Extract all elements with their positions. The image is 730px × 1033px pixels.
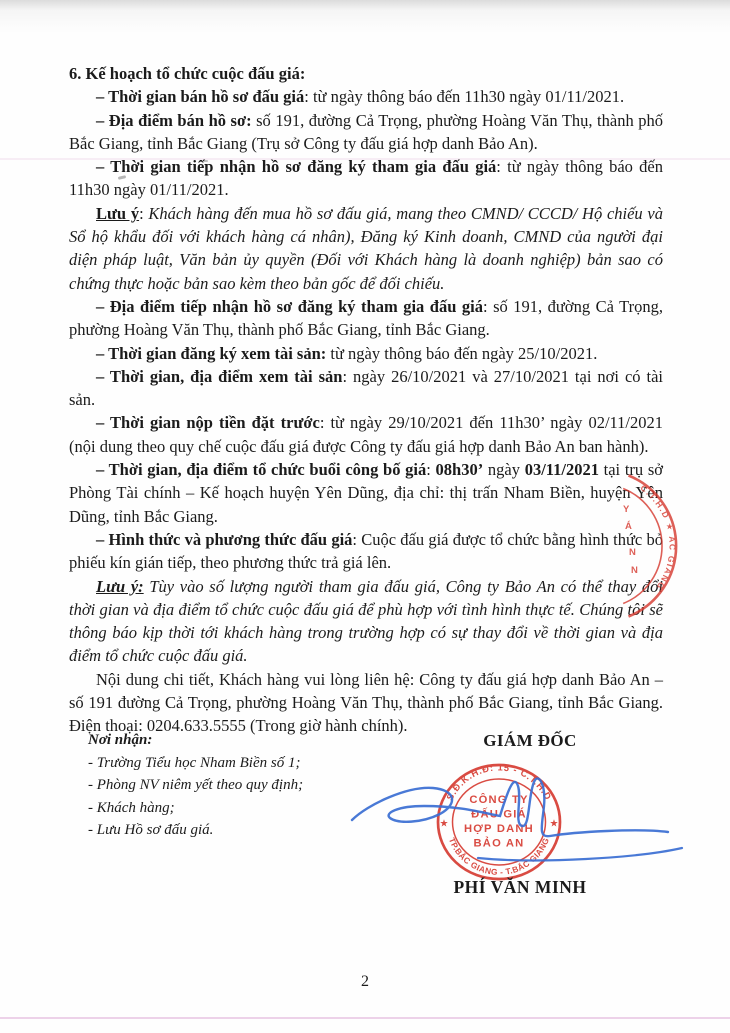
recipient-item: - Lưu Hồ sơ đấu giá. <box>88 819 303 842</box>
signer-name: PHÍ VĂN MINH <box>418 877 622 898</box>
scan-artifact-line <box>0 1017 730 1019</box>
para-text: : từ ngày thông báo đến 11h30 ngày 01/11… <box>304 87 624 106</box>
paragraph-sale-time: – Thời gian bán hồ sơ đấu giá: từ ngày t… <box>69 85 663 108</box>
section-heading: 6. Kế hoạch tổ chức cuộc đấu giá: <box>69 62 663 85</box>
document-page: 6. Kế hoạch tổ chức cuộc đấu giá: – Thời… <box>0 0 730 1033</box>
para-label: – Thời gian, địa điểm tổ chức buổi công … <box>96 460 426 479</box>
note-label: Lưu ý: <box>96 577 144 596</box>
para-label: – Thời gian tiếp nhận hồ sơ đăng ký tham… <box>96 157 496 176</box>
edge-stamp: C.T.H.D ★ ẮC GIANG Y Á N N <box>598 458 708 628</box>
signature <box>338 760 698 875</box>
recipients-title: Nơi nhận: <box>88 729 303 752</box>
paragraph-view-time: – Thời gian, địa điểm xem tài sản: ngày … <box>69 365 663 412</box>
recipient-item: - Phòng NV niêm yết theo quy định; <box>88 774 303 797</box>
para-text: : <box>426 460 435 479</box>
paragraph-view-register: – Thời gian đăng ký xem tài sản: từ ngày… <box>69 342 663 365</box>
note-label: Lưu ý <box>96 204 139 223</box>
para-label: – Địa điểm bán hồ sơ: <box>96 111 252 130</box>
recipient-item: - Khách hàng; <box>88 797 303 820</box>
paragraph-deposit: – Thời gian nộp tiền đặt trước: từ ngày … <box>69 411 663 458</box>
document-body: 6. Kế hoạch tổ chức cuộc đấu giá: – Thời… <box>69 62 663 738</box>
edge-stamp-ring-text: C.T.H.D ★ ẮC GIANG <box>638 483 677 593</box>
paragraph-announce: – Thời gian, địa điểm tổ chức buổi công … <box>69 458 663 528</box>
paragraph-contact: Nội dung chi tiết, Khách hàng vui lòng l… <box>69 668 663 738</box>
para-text: Khách hàng đến mua hồ sơ đấu giá, mang t… <box>69 204 663 293</box>
edge-stamp-letter: N <box>629 547 636 558</box>
para-label: – Thời gian đăng ký xem tài sản: <box>96 344 326 363</box>
recipients-block: Nơi nhận: - Trường Tiểu học Nham Biền số… <box>88 729 303 842</box>
paragraph-receive-time: – Thời gian tiếp nhận hồ sơ đăng ký tham… <box>69 155 663 202</box>
paragraph-sale-place: – Địa điểm bán hồ sơ: số 191, đường Cả T… <box>69 109 663 156</box>
para-date-bold: 03/11/2021 <box>525 460 599 479</box>
edge-stamp-letter: N <box>631 565 638 576</box>
edge-stamp-letter: Á <box>625 521 632 532</box>
paragraph-note-1: Lưu ý: Khách hàng đến mua hồ sơ đấu giá,… <box>69 202 663 295</box>
paragraph-method: – Hình thức và phương thức đấu giá: Cuộc… <box>69 528 663 575</box>
para-text: ngày <box>483 460 524 479</box>
para-text: Tùy vào số lượng người tham gia đấu giá,… <box>69 577 663 666</box>
para-text: từ ngày thông báo đến ngày 25/10/2021. <box>326 344 597 363</box>
recipient-item: - Trường Tiểu học Nham Biền số 1; <box>88 752 303 775</box>
para-label: – Hình thức và phương thức đấu giá <box>96 530 352 549</box>
paragraph-receive-place: – Địa điểm tiếp nhận hồ sơ đăng ký tham … <box>69 295 663 342</box>
paragraph-note-2: Lưu ý: Tùy vào số lượng người tham gia đ… <box>69 575 663 668</box>
para-label: – Địa điểm tiếp nhận hồ sơ đăng ký tham … <box>96 297 483 316</box>
page-number: 2 <box>0 973 730 991</box>
signature-stroke-main <box>352 778 668 836</box>
scan-artifact-top <box>0 0 730 34</box>
para-time-bold: 08h30’ <box>436 460 484 479</box>
para-text: : <box>139 204 148 223</box>
para-label: – Thời gian bán hồ sơ đấu giá <box>96 87 304 106</box>
para-label: – Thời gian nộp tiền đặt trước <box>96 413 320 432</box>
para-label: – Thời gian, địa điểm xem tài sản <box>96 367 342 386</box>
edge-stamp-letter: Y <box>623 504 630 515</box>
para-text: Nội dung chi tiết, Khách hàng vui lòng l… <box>69 670 663 736</box>
signature-stroke-tail <box>478 848 682 860</box>
